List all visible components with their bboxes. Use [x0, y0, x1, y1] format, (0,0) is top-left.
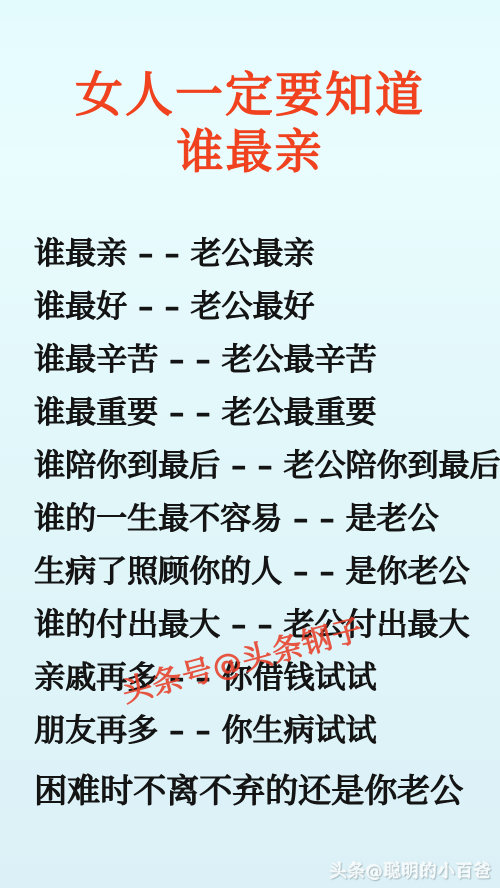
poster-title: 女人一定要知道 谁最亲 [0, 66, 500, 182]
list-item: 谁陪你到最后 – – 老公陪你到最后 [34, 436, 500, 489]
list-item: 困难时不离不弃的还是你老公 [34, 762, 500, 815]
list-item: 谁最重要 – – 老公最重要 [34, 383, 500, 436]
list-item: 谁的一生最不容易 – – 是老公 [34, 489, 500, 542]
title-line-1: 女人一定要知道 [0, 66, 500, 124]
list-item: 谁最亲 – – 老公最亲 [34, 224, 500, 277]
qa-list: 谁最亲 – – 老公最亲 谁最好 – – 老公最好 谁最辛苦 – – 老公最辛苦… [0, 224, 500, 815]
poster-page: 女人一定要知道 谁最亲 谁最亲 – – 老公最亲 谁最好 – – 老公最好 谁最… [0, 0, 500, 888]
bottom-watermark: 头条@聪明的小百爸 [330, 857, 492, 882]
title-line-2: 谁最亲 [0, 124, 500, 182]
list-item: 谁最好 – – 老公最好 [34, 277, 500, 330]
list-item: 谁最辛苦 – – 老公最辛苦 [34, 330, 500, 383]
list-item: 生病了照顾你的人 – – 是你老公 [34, 542, 500, 595]
list-item: 朋友再多 – – 你生病试试 [34, 701, 500, 754]
